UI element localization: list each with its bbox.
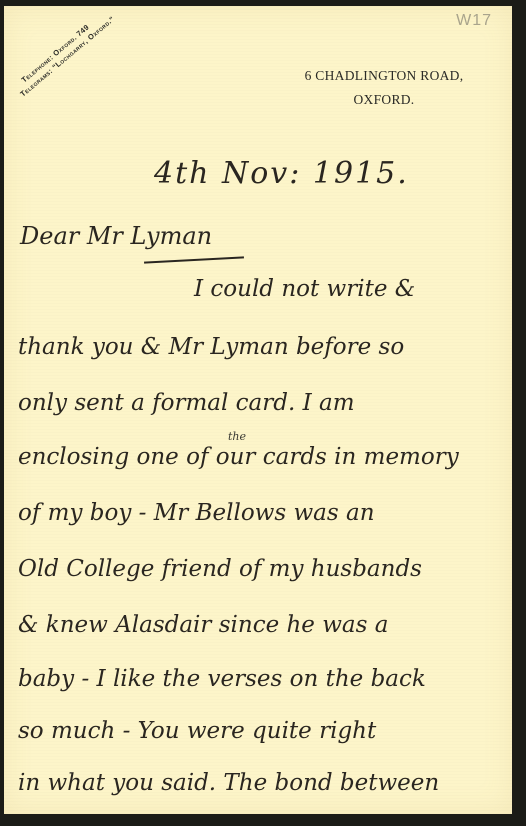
address-line-2: OXFORD. — [274, 88, 494, 112]
body-line: enclosing one of our cards in memory — [18, 444, 459, 470]
body-line: I could not write & — [194, 276, 415, 302]
salutation: Dear Mr Lyman — [20, 222, 212, 250]
body-line: in what you said. The bond between — [18, 770, 439, 796]
telephone-line: Telephone: Oxford. 749 — [12, 7, 110, 92]
letterhead-address: 6 CHADLINGTON ROAD, OXFORD. — [274, 64, 494, 112]
body-line: so much - You were quite right — [18, 718, 376, 744]
body-line: only sent a formal card. I am — [18, 390, 355, 416]
telegrams-line: Telegrams: "Lochgarry, Oxford." — [18, 14, 116, 99]
body-line: thank you & Mr Lyman before so — [18, 334, 404, 360]
letter-date: 4th Nov: 1915. — [154, 156, 409, 191]
salutation-underline — [144, 256, 244, 263]
body-line: of my boy - Mr Bellows was an — [18, 500, 375, 526]
body-line: baby - I like the verses on the back — [18, 666, 426, 692]
archive-pencil-mark: W17 — [456, 12, 492, 30]
letter-page: W17 Telephone: Oxford. 749 Telegrams: "L… — [4, 6, 512, 814]
body-line: & knew Alasdair since he was a — [18, 612, 388, 638]
inserted-word: the — [228, 430, 246, 443]
address-line-1: 6 CHADLINGTON ROAD, — [274, 64, 494, 88]
body-line: Old College friend of my husbands — [18, 556, 422, 582]
letterhead-contact: Telephone: Oxford. 749 Telegrams: "Lochg… — [12, 7, 117, 100]
